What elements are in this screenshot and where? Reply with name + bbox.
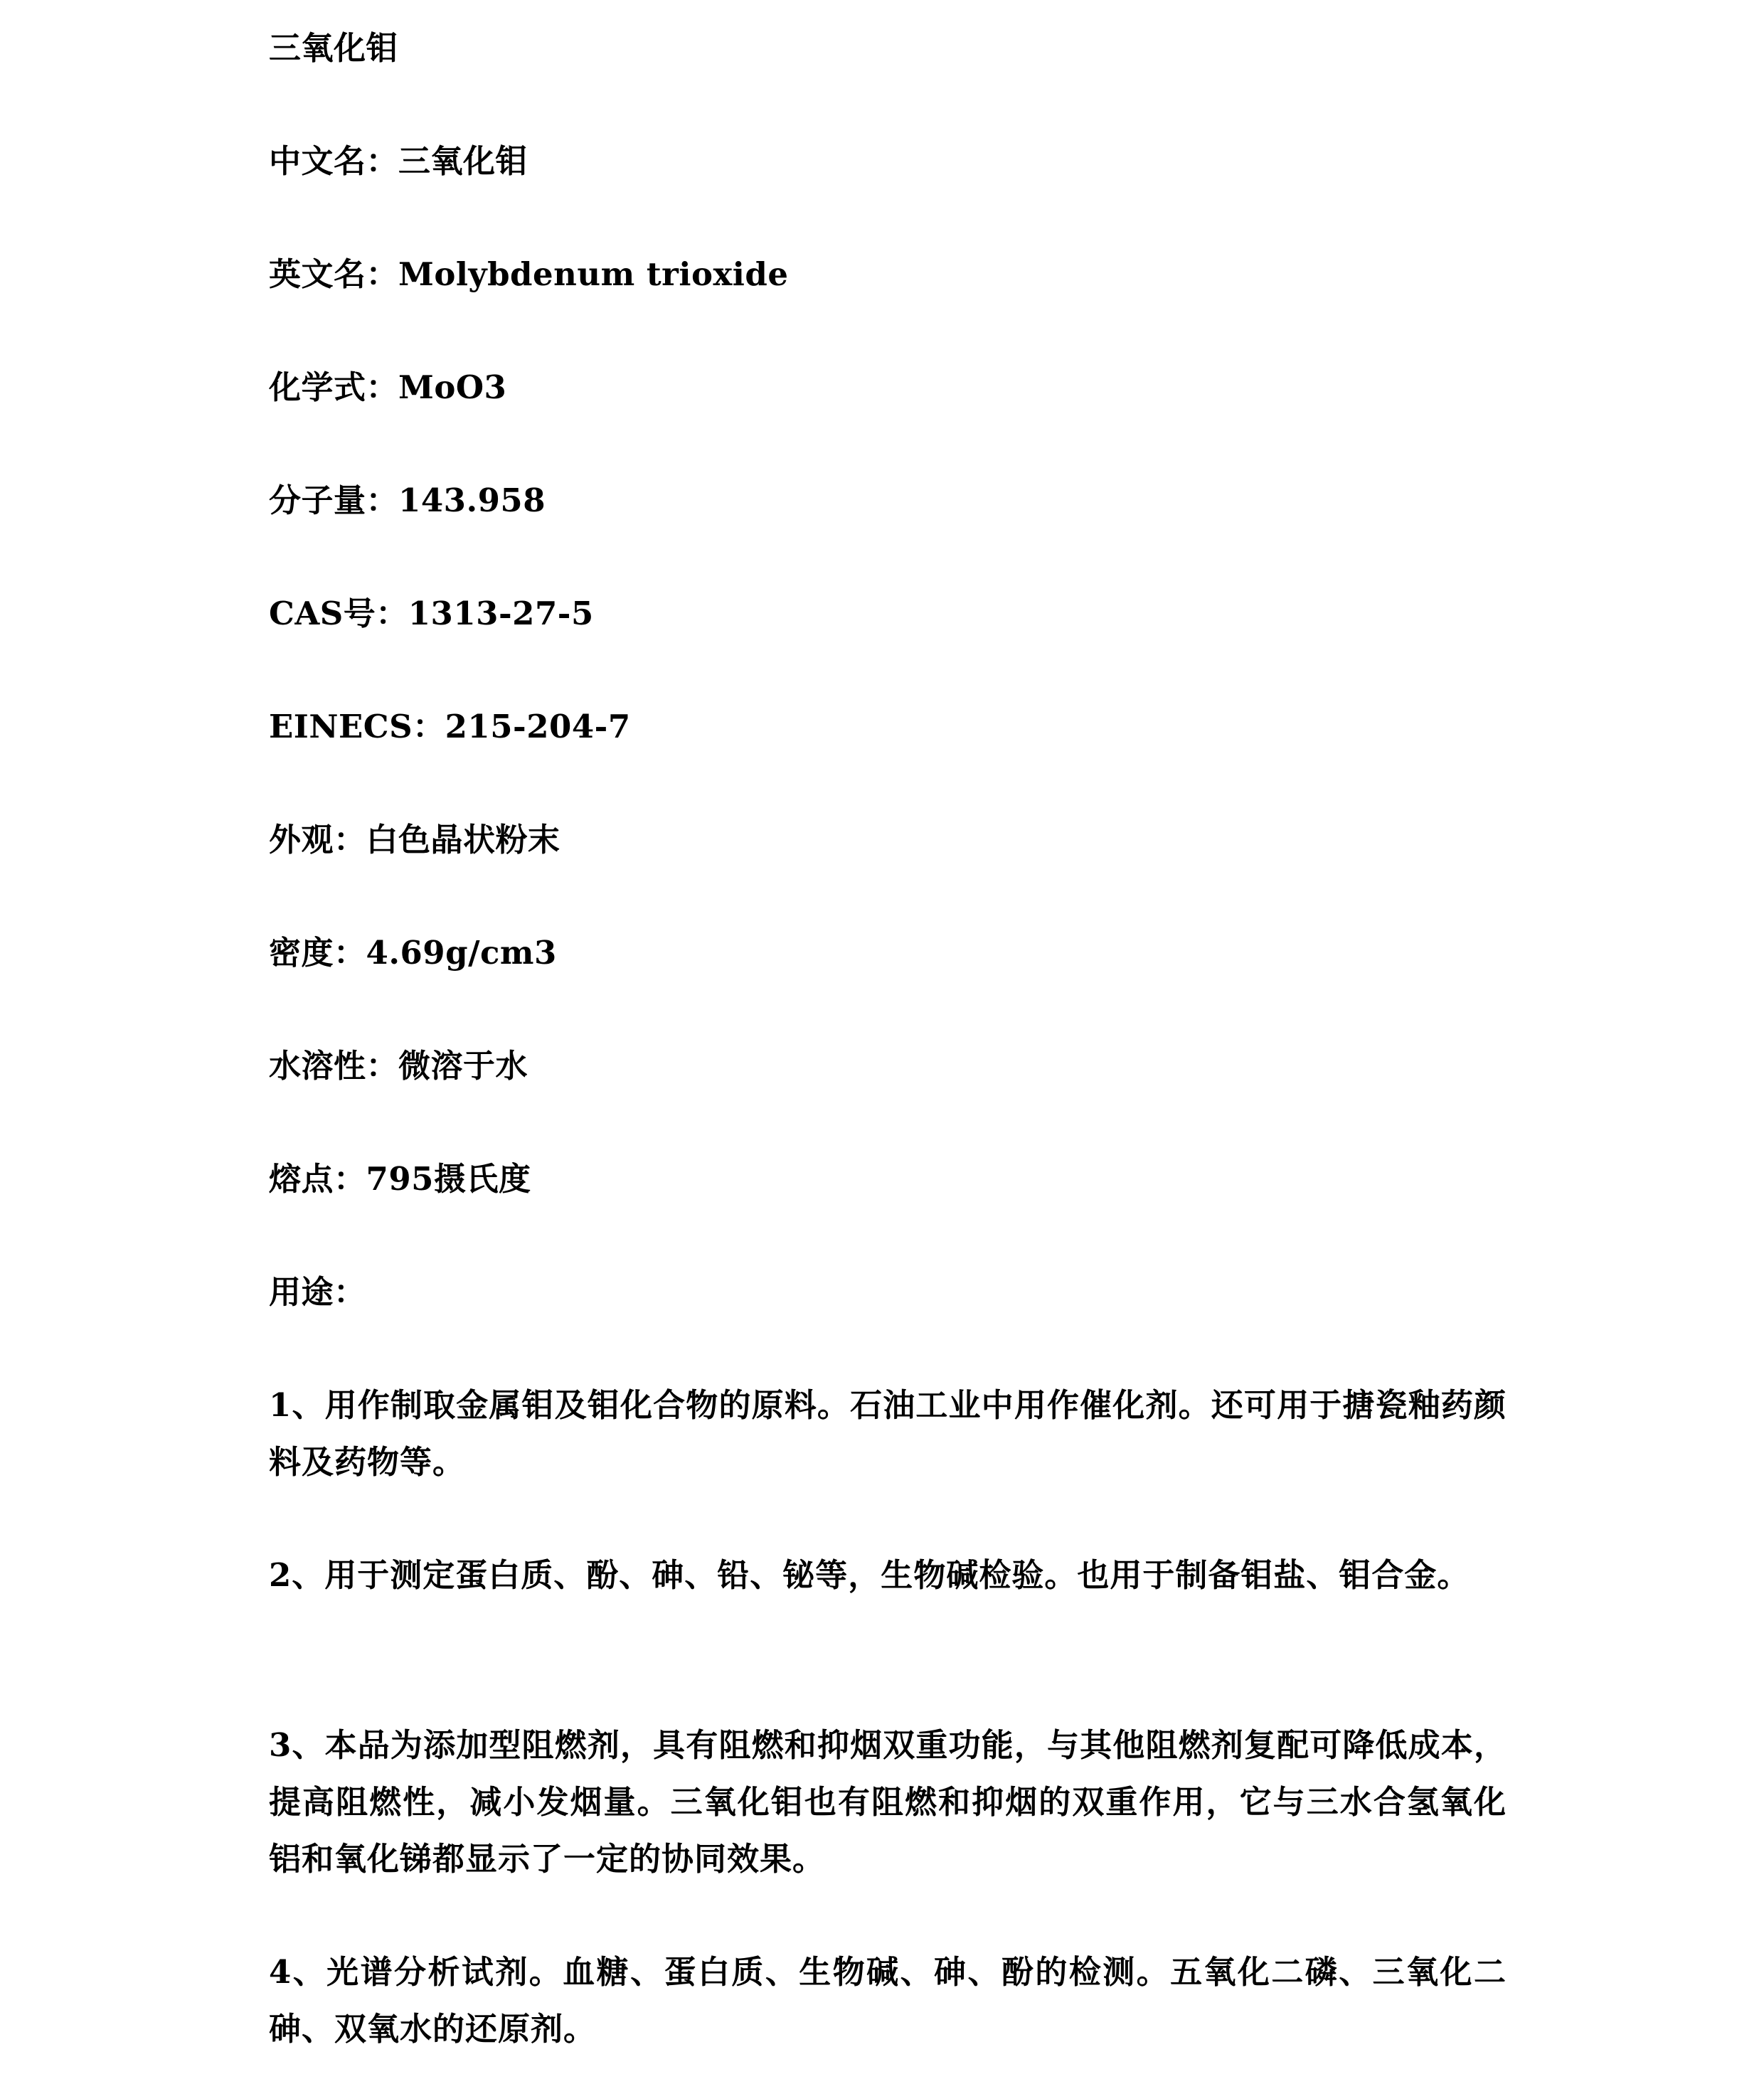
property-english-name: 英文名：Molybdenum trioxide: [269, 253, 788, 296]
property-value: 三氧化钼: [398, 142, 528, 180]
property-label: 化学式：: [269, 368, 398, 406]
property-label: CAS号：: [269, 595, 408, 632]
property-label: 水溶性：: [269, 1047, 398, 1085]
property-einecs: EINECS：215-204-7: [269, 706, 631, 748]
property-density: 密度：4.69g/cm3: [269, 932, 557, 974]
property-value: 微溶于水: [398, 1047, 528, 1085]
use-item-2: 2、用于测定蛋白质、酚、砷、铅、铋等，生物碱检验。也用于制备钼盐、钼合金。: [269, 1547, 1507, 1604]
property-appearance: 外观：白色晶状粉末: [269, 819, 560, 861]
property-label: 熔点：: [269, 1160, 366, 1198]
property-value: 白色晶状粉末: [366, 821, 560, 858]
property-value: MoO3: [398, 368, 506, 406]
document-title: 三氧化钼: [269, 27, 398, 70]
property-value: Molybdenum trioxide: [398, 255, 788, 293]
property-label: 密度：: [269, 934, 366, 972]
property-label: EINECS：: [269, 708, 445, 745]
property-value: 215-204-7: [445, 708, 631, 745]
property-water-solubility: 水溶性：微溶于水: [269, 1045, 528, 1087]
property-value: 795摄氏度: [366, 1160, 531, 1198]
property-molecular-weight: 分子量：143.958: [269, 479, 546, 522]
property-cas-number: CAS号：1313-27-5: [269, 592, 594, 635]
property-melting-point: 熔点：795摄氏度: [269, 1158, 531, 1201]
property-value: 1313-27-5: [408, 595, 594, 632]
property-label: 中文名：: [269, 142, 398, 180]
property-label: 英文名：: [269, 255, 398, 293]
property-chemical-formula: 化学式：MoO3: [269, 366, 506, 409]
property-label: 分子量：: [269, 482, 398, 519]
property-label: 外观：: [269, 821, 366, 858]
use-item-4: 4、光谱分析试剂。血糖、蛋白质、生物碱、砷、酚的检测。五氧化二磷、三氧化二砷、双…: [269, 1944, 1507, 2058]
property-chinese-name: 中文名：三氧化钼: [269, 140, 528, 183]
use-item-3: 3、本品为添加型阻燃剂，具有阻燃和抑烟双重功能，与其他阻燃剂复配可降低成本，提高…: [269, 1717, 1507, 1888]
property-value: 143.958: [398, 482, 546, 519]
uses-heading: 用途：: [269, 1271, 366, 1314]
use-item-1: 1、用作制取金属钼及钼化合物的原料。石油工业中用作催化剂。还可用于搪瓷釉药颜料及…: [269, 1377, 1507, 1491]
property-value: 4.69g/cm3: [366, 934, 557, 972]
